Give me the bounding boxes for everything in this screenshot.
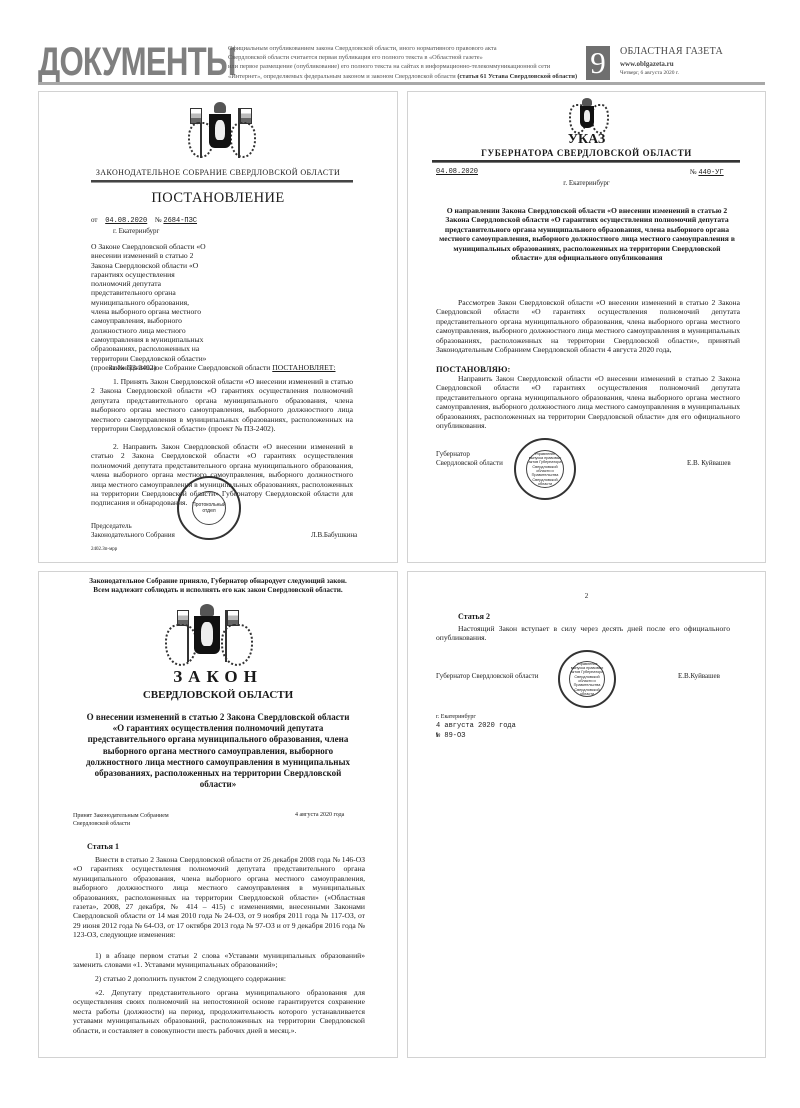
document-number-row: № 440-УГ bbox=[690, 168, 724, 178]
law-title: О внесении изменений в статью 2 Закона С… bbox=[83, 712, 353, 790]
signer-title: Губернатор Свердловской области bbox=[436, 450, 503, 467]
document-type: УКАЗ bbox=[408, 132, 765, 148]
article-1-item-2: 2) статью 2 дополнить пунктом 2 следующе… bbox=[73, 974, 365, 983]
section-title: ДОКУМЕНТЫ bbox=[38, 42, 236, 82]
article-1-item-1: 1) в абзаце первом статьи 2 слова «Устав… bbox=[73, 951, 365, 970]
document-city: г. Екатеринбург bbox=[408, 179, 765, 188]
document-date: 04.08.2020 bbox=[436, 168, 496, 177]
publication-note-line: «Интернет», определяемых федеральным зак… bbox=[228, 72, 618, 81]
signer-name: Л.В.Бабушкина bbox=[311, 531, 357, 540]
signer-name: Е.В.Куйвашев bbox=[678, 672, 720, 681]
zakon-document: Законодательное Собрание приняло, Губерн… bbox=[38, 571, 398, 1058]
publication-note-line: Свердловской области считается первая пу… bbox=[228, 53, 618, 62]
signer-name: Е.В. Куйвашев bbox=[687, 459, 731, 468]
coat-of-arms-icon bbox=[165, 602, 249, 664]
header-divider bbox=[91, 180, 353, 183]
signer-title: Губернатор Свердловской области bbox=[436, 672, 538, 681]
document-number: 2684-ПЗС bbox=[163, 217, 197, 225]
document-date: 4 августа 2020 года bbox=[436, 722, 516, 730]
document-city: г. Екатеринбург bbox=[113, 227, 159, 236]
signer-title: Председатель Законодательного Собрания bbox=[91, 522, 175, 539]
article-1-item-2-text: «2. Депутату представительного органа му… bbox=[73, 988, 365, 1035]
header-divider bbox=[432, 160, 740, 163]
ukaz-body-paragraph-2: Направить Закон Свердловской области «О … bbox=[436, 374, 740, 430]
page-number: 2 bbox=[408, 592, 765, 601]
masthead-divider bbox=[38, 82, 765, 85]
document-date: 04.08.2020 bbox=[99, 217, 153, 226]
document-title: О направлении Закона Свердловской област… bbox=[438, 206, 736, 262]
article-2-heading: Статья 2 bbox=[458, 612, 490, 621]
preamble-keyword: ПОСТАНОВЛЯЕТ: bbox=[272, 363, 335, 372]
document-number: № 89-ОЗ bbox=[436, 732, 465, 740]
document-type: ПОСТАНОВЛЕНИЕ bbox=[39, 190, 397, 207]
newspaper-url[interactable]: www.oblgazeta.ru bbox=[620, 60, 674, 68]
preamble: Законодательное Собрание Свердловской об… bbox=[91, 363, 353, 372]
postanovlenie-document: ЗАКОНОДАТЕЛЬНОЕ СОБРАНИЕ СВЕРДЛОВСКОЙ ОБ… bbox=[38, 91, 398, 563]
issuer-name: ГУБЕРНАТОРА СВЕРДЛОВСКОЙ ОБЛАСТИ bbox=[408, 148, 765, 158]
official-stamp: Управление выпуска правовых актов Губерн… bbox=[558, 650, 616, 708]
document-code: 2402.Зп-мрр bbox=[91, 547, 117, 552]
newspaper-masthead: ДОКУМЕНТЫ Официальным опубликованием зак… bbox=[38, 42, 765, 82]
publication-note-line: Официальным опубликованием закона Свердл… bbox=[228, 44, 618, 53]
document-type: ЗАКОН bbox=[39, 667, 397, 687]
publication-note-bold: (статья 61 Устава Свердловской области) bbox=[457, 73, 577, 80]
coat-of-arms-icon bbox=[184, 102, 256, 160]
zakon-page-2: 2 Статья 2 Настоящий Закон вступает в си… bbox=[407, 571, 766, 1058]
adopted-by: Принят Законодательным Собранием Свердло… bbox=[73, 812, 169, 828]
article-1-body: Внести в статью 2 Закона Свердловской об… bbox=[73, 855, 365, 940]
document-number: 440-УГ bbox=[698, 169, 723, 177]
ukaz-keyword: ПОСТАНОВЛЯЮ: bbox=[436, 364, 510, 374]
adopted-date: 4 августа 2020 года bbox=[295, 812, 344, 818]
issuer-name: ЗАКОНОДАТЕЛЬНОЕ СОБРАНИЕ СВЕРДЛОВСКОЙ ОБ… bbox=[39, 168, 397, 177]
official-stamp: Управление выпуска правовых актов Губерн… bbox=[514, 438, 576, 500]
publication-note-line: или первое размещение (опубликование) ег… bbox=[228, 62, 618, 71]
issue-date: Четверг, 6 августа 2020 г. bbox=[620, 70, 679, 76]
ukaz-body-paragraph-1: Рассмотрев Закон Свердловской области «О… bbox=[436, 298, 740, 354]
document-city: г. Екатеринбург bbox=[436, 714, 476, 720]
publication-note: Официальным опубликованием закона Свердл… bbox=[228, 44, 618, 81]
coat-of-arms-icon bbox=[569, 98, 605, 132]
document-date-number: от 04.08.2020 № 2684-ПЗС bbox=[91, 216, 197, 226]
ukaz-document: УКАЗ ГУБЕРНАТОРА СВЕРДЛОВСКОЙ ОБЛАСТИ 04… bbox=[407, 91, 766, 563]
official-stamp: Протокольный отдел bbox=[177, 476, 241, 540]
article-2-body: Настоящий Закон вступает в силу через де… bbox=[436, 624, 730, 643]
document-subject: О Законе Свердловской области «О внесени… bbox=[91, 242, 207, 372]
article-1-heading: Статья 1 bbox=[87, 842, 119, 851]
page-number: 9 bbox=[586, 46, 610, 80]
law-preamble: Законодательное Собрание приняло, Губерн… bbox=[39, 577, 397, 595]
resolution-item-1: 1. Принять Закон Свердловской области «О… bbox=[91, 377, 353, 433]
region-name: СВЕРДЛОВСКОЙ ОБЛАСТИ bbox=[39, 689, 397, 701]
newspaper-name: ОБЛАСТНАЯ ГАЗЕТА bbox=[620, 46, 723, 57]
